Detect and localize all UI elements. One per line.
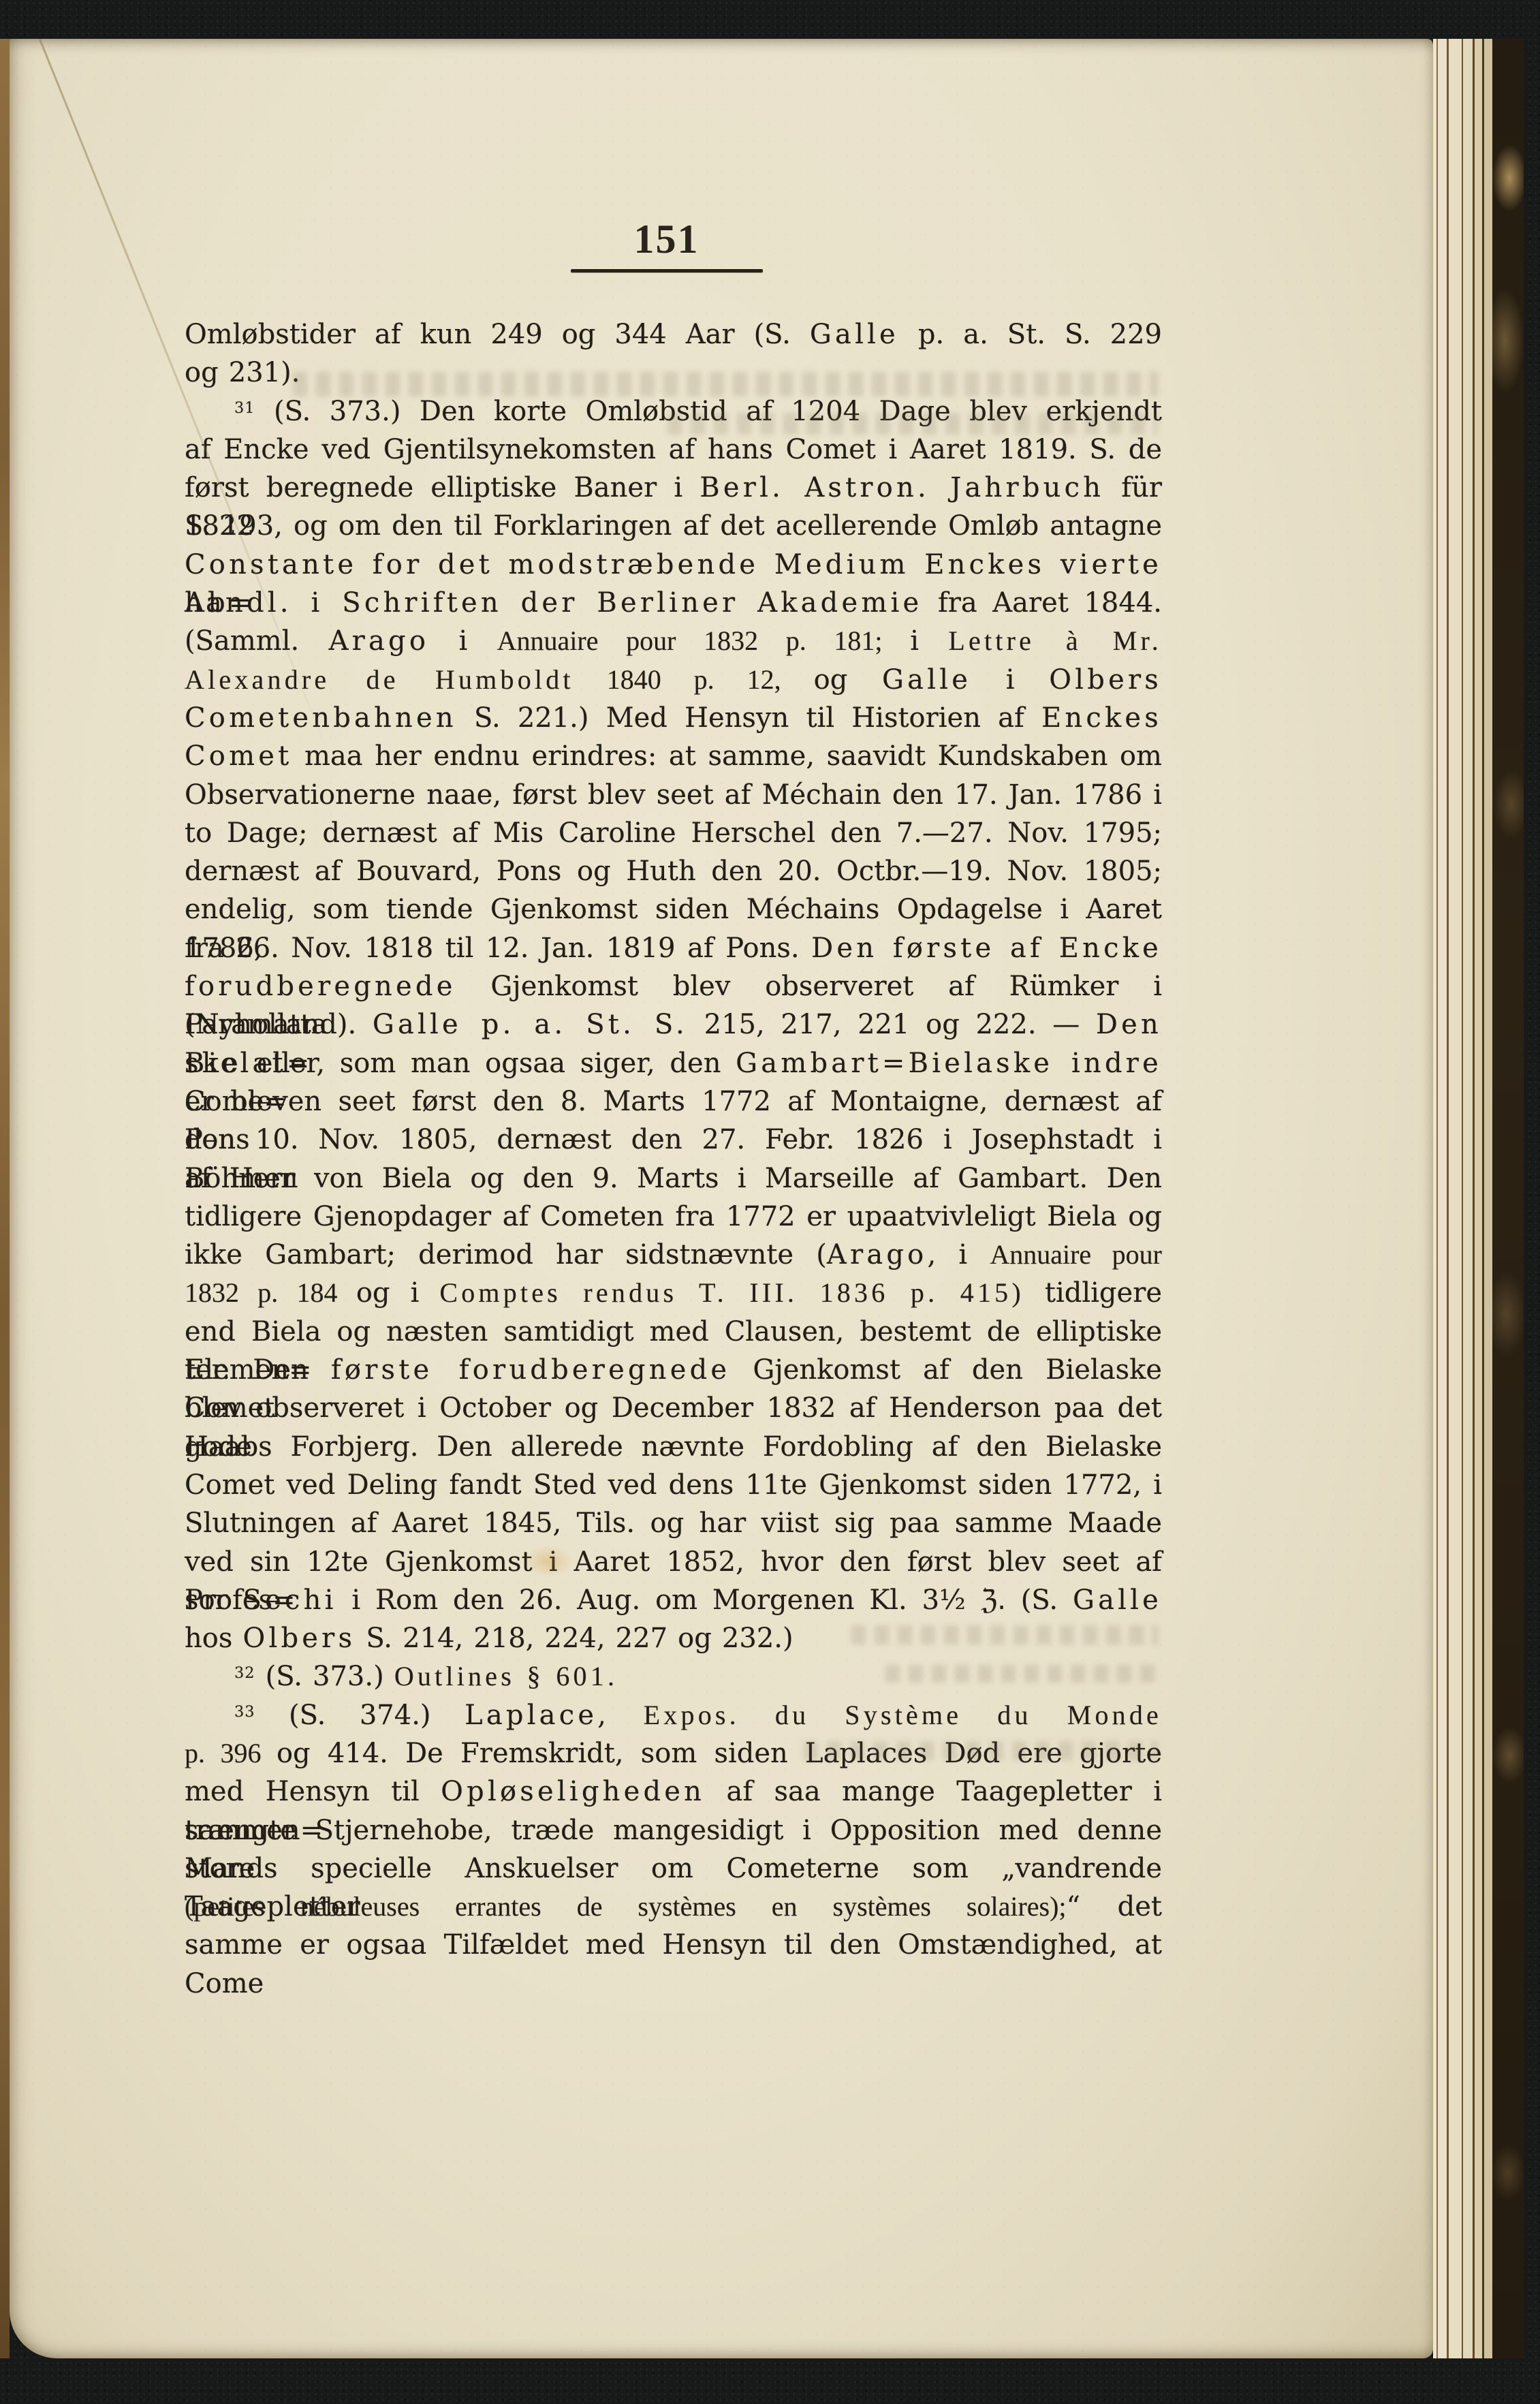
text-line: hos Olbers S. 214, 218, 224, 227 og 232.… [185,1619,1162,1657]
text-line: S. 193, og om den til Forklaringen af de… [185,507,1162,545]
text-line: Comet maa her endnu erindres: at samme, … [185,737,1162,775]
text-line: to Dage; dernæst af Mis Caroline Hersche… [185,814,1162,852]
text-line: forudberegnede Gjenkomst blev observeret… [185,967,1162,1005]
text-line: fra 26. Nov. 1818 til 12. Jan. 1819 af P… [185,929,1162,967]
page-edge-stack [1433,39,1492,2358]
text-line: handl. i Schriften der Berliner Akademie… [185,584,1162,622]
text-line: (Nyholland). Galle p. a. St. S. 215, 217… [185,1005,1162,1044]
text-line: med Hensyn til Opløseligheden af saa man… [185,1773,1162,1811]
text-line: 33 (S. 374.) Laplace, Expos. du Système … [185,1696,1162,1734]
marbled-board-edge [1492,39,1524,2358]
page-number-rule [571,269,763,272]
text-line: er bleven seet først den 8. Marts 1772 a… [185,1082,1162,1121]
text-line: 31 (S. 373.) Den korte Omløbstid af 1204… [185,392,1162,431]
page-number: 151 [178,219,1155,260]
text-line: Slutningen af Aaret 1845, Tils. og har v… [185,1504,1162,1542]
text-line: Comet ved Deling fandt Sted ved dens 11t… [185,1466,1162,1504]
text-line: og 231). [185,354,1162,392]
text-line: ikke Gambart; derimod har sidstnævnte (A… [185,1236,1162,1274]
left-page-fold [0,39,10,2358]
text-line: (petites nébuleuses errantes de systèmes… [185,1888,1162,1926]
text-line: først beregnede elliptiske Baner i Berl.… [185,469,1162,507]
text-line: dernæst af Bouvard, Pons og Huth den 20.… [185,852,1162,890]
text-line: af Encke ved Gjentilsynekomsten af hans … [185,431,1162,469]
text-line: Observationerne naae, først blev seet af… [185,776,1162,814]
text-line: (Samml. Arago i Annuaire pour 1832 p. 18… [185,622,1162,660]
book-cover: 151 Omløbstider af kun 249 og 344 Aar (S… [0,0,1540,2404]
text-line: 32 (S. 373.) Outlines § 601. [185,1657,1162,1696]
text-line: samme er ogsaa Tilfældet med Hensyn til … [185,1926,1162,1964]
text-line: tidligere Gjenopdager af Cometen fra 177… [185,1198,1162,1236]
text-line: Cometenbahnen S. 221.) Med Hensyn til Hi… [185,699,1162,737]
text-line: p. 396 og 414. De Fremskridt, som siden … [185,1734,1162,1773]
book-page: 151 Omløbstider af kun 249 og 344 Aar (S… [10,39,1433,2358]
text-line: 1832 p. 184 og i Comptes rendus T. III. … [185,1274,1162,1312]
text-line: ske eller, som man ogsaa siger, den Gamb… [185,1044,1162,1082]
text-line: sor Sechi i Rom den 26. Aug. om Morgenen… [185,1581,1162,1619]
text-line: trængte Stjernehobe, træde mangesidigt i… [185,1811,1162,1849]
text-line: Omløbstider af kun 249 og 344 Aar (S. Ga… [185,315,1162,354]
text-line: den 10. Nov. 1805, dernæst den 27. Febr.… [185,1121,1162,1159]
text-line: Haabs Forbjerg. Den allerede nævnte Ford… [185,1428,1162,1466]
page-text: Omløbstider af kun 249 og 344 Aar (S. Ga… [185,315,1162,1965]
text-line: Alexandre de Humboldt 1840 p. 12, og Gal… [185,661,1162,699]
text-line: Constante for det modstræbende Medium En… [185,546,1162,584]
text-line: ved sin 12te Gjenkomst i Aaret 1852, hvo… [185,1543,1162,1581]
text-line: ter. Den første forudberegnede Gjenkomst… [185,1351,1162,1389]
text-line: af Herr von Biela og den 9. Marts i Mars… [185,1159,1162,1198]
text-line: endelig, som tiende Gjenkomst siden Méch… [185,890,1162,928]
text-line: Mands specielle Anskuelser om Cometerne … [185,1849,1162,1888]
text-line: end Biela og næsten samtidigt med Clause… [185,1313,1162,1351]
page-content: 151 Omløbstider af kun 249 og 344 Aar (S… [185,39,1162,2358]
text-line: blev observeret i October og December 18… [185,1389,1162,1427]
